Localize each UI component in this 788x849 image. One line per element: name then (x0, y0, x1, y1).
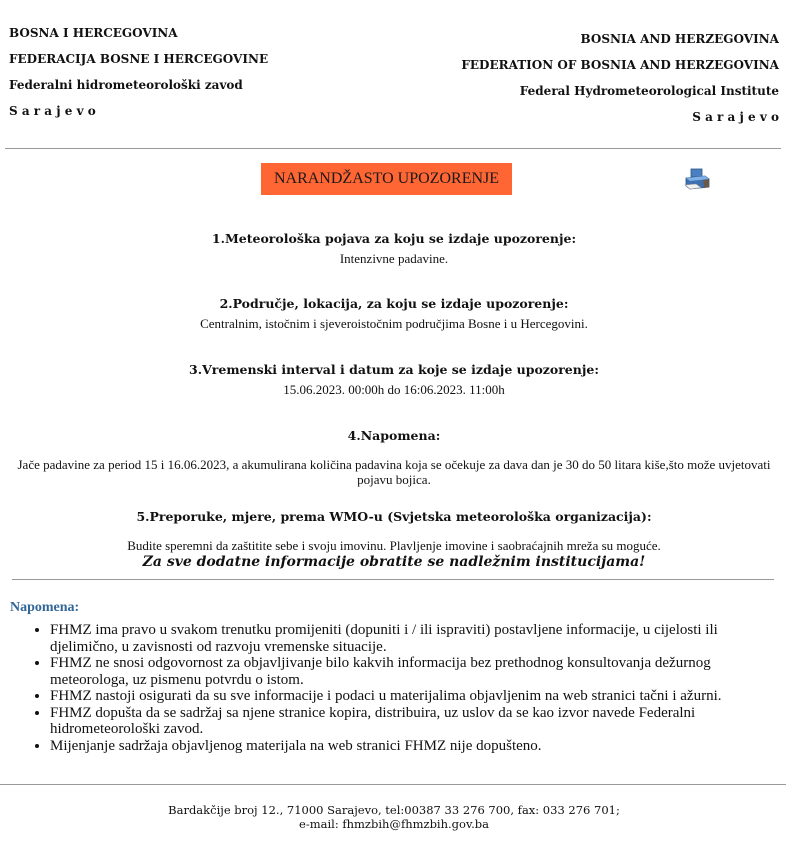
disclaimer-item: Mijenjanje sadržaja objavljenog materija… (50, 738, 780, 755)
footer-address: Bardakčije broj 12., 71000 Sarajevo, tel… (0, 803, 788, 817)
section-body: Budite speremni da zaštitite sebe i svoj… (0, 538, 788, 554)
section-phenomenon: 1.Meteorološka pojava za koju se izdaje … (0, 231, 788, 267)
section-body: Intenzivne padavine. (0, 251, 788, 267)
header-right-city: S a r a j e v o (461, 104, 779, 130)
section-title: 2.Područje, lokacija, za koju se izdaje … (0, 296, 788, 311)
section-title: 1.Meteorološka pojava za koju se izdaje … (0, 231, 788, 246)
warning-level-banner: NARANDŽASTO UPOZORENJE (261, 163, 512, 195)
header-left-institute: Federalni hidrometeorološki zavod (9, 72, 268, 98)
divider-middle (12, 579, 774, 580)
section-note: 4.Napomena: Jače padavine za period 15 i… (0, 428, 788, 487)
disclaimer-item: FHMZ ne snosi odgovornost za objavljivan… (50, 655, 780, 688)
header-left-city: S a r a j e v o (9, 98, 268, 124)
disclaimer-item: FHMZ ima pravo u svakom trenutku promije… (50, 622, 780, 655)
footer-email[interactable]: e-mail: fhmzbih@fhmzbih.gov.ba (0, 817, 788, 831)
header-right: BOSNIA AND HERZEGOVINA FEDERATION OF BOS… (461, 26, 779, 130)
header-right-institute: Federal Hydrometeorological Institute (461, 78, 779, 104)
disclaimer-list: FHMZ ima pravo u svakom trenutku promije… (30, 622, 780, 754)
disclaimer-title: Napomena: (10, 600, 79, 616)
section-body: Jače padavine za period 15 i 16.06.2023,… (10, 457, 778, 487)
header-left: BOSNA I HERCEGOVINA FEDERACIJA BOSNE I H… (9, 20, 268, 124)
header-left-federation: FEDERACIJA BOSNE I HERCEGOVINE (9, 46, 268, 72)
disclaimer-item: FHMZ nastoji osigurati da su sve informa… (50, 688, 780, 705)
header-right-federation: FEDERATION OF BOSNIA AND HERZEGOVINA (461, 52, 779, 78)
divider-bottom (0, 784, 786, 785)
header-right-country: BOSNIA AND HERZEGOVINA (461, 26, 779, 52)
section-title: 4.Napomena: (0, 428, 788, 443)
divider-top (5, 148, 781, 149)
disclaimer-item: FHMZ dopušta da se sadržaj sa njene stra… (50, 705, 780, 738)
section-body: 15.06.2023. 00:00h do 16:06.2023. 11:00h (0, 382, 788, 398)
printer-icon[interactable] (683, 168, 711, 192)
section-body: Centralnim, istočnim i sjeveroistočnim p… (0, 316, 788, 332)
footer: Bardakčije broj 12., 71000 Sarajevo, tel… (0, 803, 788, 831)
section-title: 3.Vremenski interval i datum za koje se … (0, 362, 788, 377)
section-title: 5.Preporuke, mjere, prema WMO-u (Svjetsk… (0, 509, 788, 524)
section-area: 2.Područje, lokacija, za koju se izdaje … (0, 296, 788, 332)
section-recommendations: 5.Preporuke, mjere, prema WMO-u (Svjetsk… (0, 509, 788, 570)
contact-note: Za sve dodatne informacije obratite se n… (0, 554, 788, 570)
header-left-country: BOSNA I HERCEGOVINA (9, 20, 268, 46)
section-interval: 3.Vremenski interval i datum za koje se … (0, 362, 788, 398)
